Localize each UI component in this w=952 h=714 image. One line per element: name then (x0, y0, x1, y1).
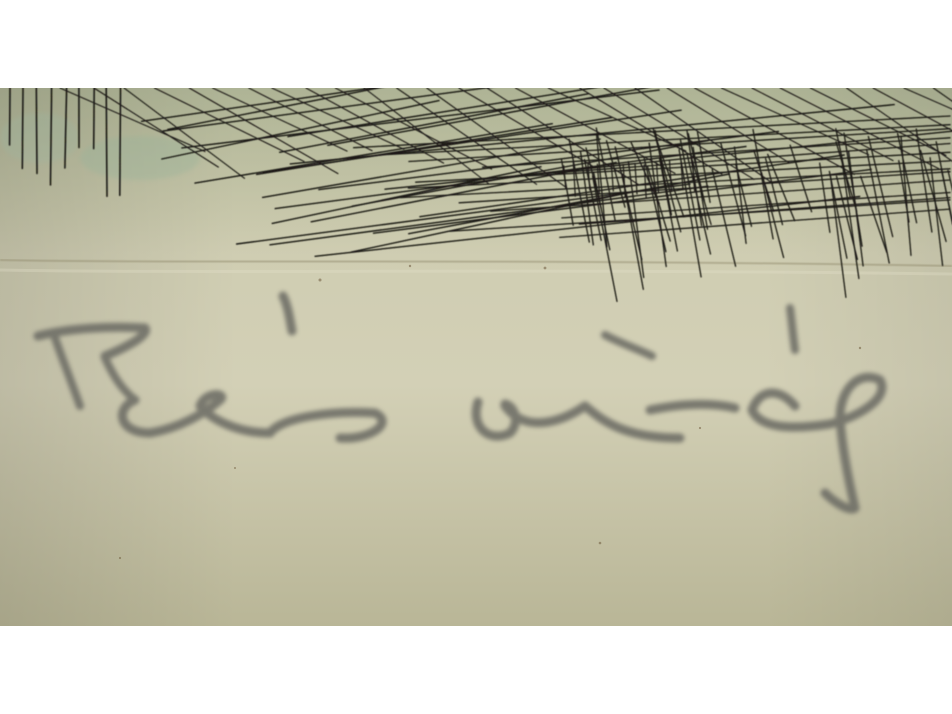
letterbox-bottom (0, 626, 952, 714)
photo-canvas (0, 88, 952, 626)
letterbox-top (0, 0, 952, 88)
signature-photo: Close-up of a hand-written pencil signat… (0, 88, 952, 626)
